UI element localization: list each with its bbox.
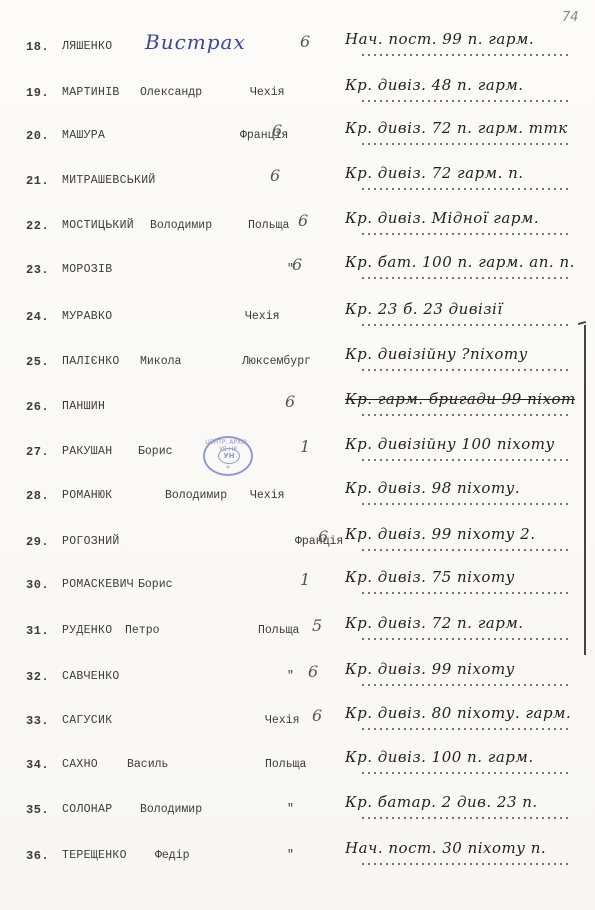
entry-surname: МОРОЗІВ bbox=[62, 263, 112, 276]
entry-number: 33. bbox=[26, 714, 49, 728]
entry-given-name: Володимир bbox=[150, 219, 212, 232]
handwritten-mark: 6 bbox=[270, 166, 280, 185]
entry-country: " bbox=[287, 670, 294, 683]
handwritten-note: Кр. гарм. бригади 99 піхоту bbox=[345, 390, 575, 408]
entry-given-name: Петро bbox=[125, 624, 160, 637]
entry-country: Польща bbox=[258, 624, 299, 637]
handwritten-note: Кр. дивіз. 99 піхоту 2. bbox=[345, 525, 575, 543]
handwritten-note: Кр. дивіз. 80 піхоту. гарм. bbox=[345, 704, 575, 722]
margin-bracket-line bbox=[584, 325, 586, 655]
handwritten-mark: 6 bbox=[292, 255, 302, 274]
entry-country: Чехія bbox=[265, 714, 300, 727]
entry-row: 23.МОРОЗІВ"6Кр. бат. 100 п. гарм. ап. п.… bbox=[0, 263, 595, 303]
handwritten-note: Кр. дивіз. 98 піхоту. bbox=[345, 479, 575, 497]
handwritten-mark: 1 bbox=[300, 570, 310, 589]
entry-given-name: Олександр bbox=[140, 86, 202, 99]
star-icon: * bbox=[205, 464, 251, 473]
dotted-line bbox=[360, 863, 572, 865]
entry-surname: МАШУРА bbox=[62, 129, 105, 142]
entry-row: 31.РУДЕНКОПетроПольща5Кр. дивіз. 72 п. г… bbox=[0, 624, 595, 664]
dotted-line bbox=[360, 728, 572, 730]
handwritten-mark: 6 bbox=[308, 662, 318, 681]
entry-number: 31. bbox=[26, 624, 49, 638]
dotted-line bbox=[360, 277, 572, 279]
handwritten-note: Кр. дивіз. 75 піхоту bbox=[345, 568, 575, 586]
handwritten-note: Кр. дивізійну ?піхоту bbox=[345, 345, 575, 363]
entry-country: Польща bbox=[265, 758, 306, 771]
entry-country: Чехія bbox=[245, 310, 280, 323]
handwritten-mark: 5 bbox=[312, 616, 322, 635]
entry-surname: ПАНШИН bbox=[62, 400, 105, 413]
entry-surname: СОЛОНАР bbox=[62, 803, 112, 816]
entry-number: 18. bbox=[26, 40, 49, 54]
handwritten-mark: 6 bbox=[298, 211, 308, 230]
entry-number: 27. bbox=[26, 445, 49, 459]
handwritten-note: Кр. дивіз. 48 п. гарм. bbox=[345, 76, 575, 94]
handwritten-mark: 6 bbox=[285, 392, 295, 411]
handwritten-note: Кр. 23 б. 23 дивізії bbox=[345, 300, 575, 318]
entry-number: 36. bbox=[26, 849, 49, 863]
handwritten-mark: 1 bbox=[300, 437, 310, 456]
handwritten-mark: 6 bbox=[300, 32, 310, 51]
entry-surname: МАРТИНІВ bbox=[62, 86, 120, 99]
handwritten-mark: 6 bbox=[318, 527, 328, 546]
entry-number: 19. bbox=[26, 86, 49, 100]
entry-number: 35. bbox=[26, 803, 49, 817]
entry-row: 24.МУРАВКОЧехіяКр. 23 б. 23 дивізії bbox=[0, 310, 595, 350]
dotted-line bbox=[360, 772, 572, 774]
entry-row: 26.ПАНШИН6Кр. гарм. бригади 99 піхоту bbox=[0, 400, 595, 440]
handwritten-note: Кр. батар. 2 див. 23 п. bbox=[345, 793, 575, 811]
entry-surname: ЛЯШЕНКО bbox=[62, 40, 112, 53]
entry-surname: РУДЕНКО bbox=[62, 624, 112, 637]
archive-stamp: ЦЕНТР. АРХІВ · УВ·НР УН * bbox=[203, 436, 253, 476]
entry-row: 35.СОЛОНАРВолодимир"Кр. батар. 2 див. 23… bbox=[0, 803, 595, 843]
entry-surname: МИТРАШЕВСЬКИЙ bbox=[62, 174, 156, 187]
entry-number: 26. bbox=[26, 400, 49, 414]
dotted-line bbox=[360, 100, 572, 102]
entry-given-name: Федір bbox=[155, 849, 190, 862]
entry-country: Люксембург bbox=[242, 355, 311, 368]
dotted-line bbox=[360, 188, 572, 190]
entry-given-name: Володимир bbox=[140, 803, 202, 816]
handwritten-note: Кр. бат. 100 п. гарм. ап. п. бат. bbox=[345, 253, 575, 271]
entry-number: 24. bbox=[26, 310, 49, 324]
entry-number: 28. bbox=[26, 489, 49, 503]
stamp-emblem: УН bbox=[218, 448, 240, 464]
handwritten-mark: 6 bbox=[312, 706, 322, 725]
entry-row: 30.РОМАСКЕВИЧБорис1Кр. дивіз. 75 піхоту bbox=[0, 578, 595, 618]
entry-surname: МОСТИЦЬКИЙ bbox=[62, 219, 134, 232]
handwritten-note: Нач. пост. 30 піхоту п. bbox=[345, 839, 575, 857]
dotted-line bbox=[360, 143, 572, 145]
dotted-line bbox=[360, 414, 572, 416]
entry-surname: МУРАВКО bbox=[62, 310, 112, 323]
dotted-line bbox=[360, 638, 572, 640]
archival-document-page: 74 Вистрах 18.ЛЯШЕНКО6Нач. пост. 99 п. г… bbox=[0, 0, 595, 910]
entry-surname: ПАЛІЄНКО bbox=[62, 355, 120, 368]
handwritten-note: Кр. дивіз. 72 п. гарм. ттк bbox=[345, 119, 575, 137]
entry-country: " bbox=[287, 849, 294, 862]
entry-surname: САВЧЕНКО bbox=[62, 670, 120, 683]
handwritten-note: Кр. дивіз. 72 гарм. п. bbox=[345, 164, 575, 182]
entry-given-name: Володимир bbox=[165, 489, 227, 502]
entry-row: 36.ТЕРЕЩЕНКОФедір"Нач. пост. 30 піхоту п… bbox=[0, 849, 595, 889]
dotted-line bbox=[360, 592, 572, 594]
dotted-line bbox=[360, 503, 572, 505]
entry-given-name: Борис bbox=[138, 578, 173, 591]
entry-row: 18.ЛЯШЕНКО6Нач. пост. 99 п. гарм. bbox=[0, 40, 595, 80]
entry-number: 22. bbox=[26, 219, 49, 233]
entry-surname: РОМАСКЕВИЧ bbox=[62, 578, 134, 591]
entry-surname: РАКУШАН bbox=[62, 445, 112, 458]
entry-country: Польща bbox=[248, 219, 289, 232]
entry-given-name: Василь bbox=[127, 758, 168, 771]
entry-surname: РОМАНЮК bbox=[62, 489, 112, 502]
entry-number: 20. bbox=[26, 129, 49, 143]
entry-row: 20.МАШУРАФранція6Кр. дивіз. 72 п. гарм. … bbox=[0, 129, 595, 169]
entry-row: 28.РОМАНЮКВолодимирЧехіяКр. дивіз. 98 пі… bbox=[0, 489, 595, 529]
entry-number: 25. bbox=[26, 355, 49, 369]
handwritten-note: Кр. дивіз. Мідної гарм. bbox=[345, 209, 575, 227]
dotted-line bbox=[360, 549, 572, 551]
entry-number: 23. bbox=[26, 263, 49, 277]
dotted-line bbox=[360, 233, 572, 235]
entry-number: 30. bbox=[26, 578, 49, 592]
handwritten-note: Кр. дивізійну 100 піхоту bbox=[345, 435, 575, 453]
entry-number: 32. bbox=[26, 670, 49, 684]
entry-country: " bbox=[287, 803, 294, 816]
entry-number: 21. bbox=[26, 174, 49, 188]
entry-row: 25.ПАЛІЄНКОМиколаЛюксембургКр. дивізійну… bbox=[0, 355, 595, 395]
handwritten-note: Кр. дивіз. 99 піхоту bbox=[345, 660, 575, 678]
handwritten-note: Кр. дивіз. 72 п. гарм. bbox=[345, 614, 575, 632]
entry-country: Чехія bbox=[250, 86, 285, 99]
entry-country: Чехія bbox=[250, 489, 285, 502]
dotted-line bbox=[360, 54, 572, 56]
handwritten-note: Кр. дивіз. 100 п. гарм. bbox=[345, 748, 575, 766]
entry-number: 34. bbox=[26, 758, 49, 772]
dotted-line bbox=[360, 817, 572, 819]
entry-given-name: Микола bbox=[140, 355, 181, 368]
handwritten-mark: 6 bbox=[272, 121, 282, 140]
entry-row: 21.МИТРАШЕВСЬКИЙ6Кр. дивіз. 72 гарм. п. bbox=[0, 174, 595, 214]
dotted-line bbox=[360, 369, 572, 371]
dotted-line bbox=[360, 684, 572, 686]
page-number: 74 bbox=[562, 10, 579, 25]
entry-surname: РОГОЗНИЙ bbox=[62, 535, 120, 548]
dotted-line bbox=[360, 459, 572, 461]
entry-number: 29. bbox=[26, 535, 49, 549]
entry-surname: ТЕРЕЩЕНКО bbox=[62, 849, 127, 862]
entry-given-name: Борис bbox=[138, 445, 173, 458]
dotted-line bbox=[360, 324, 572, 326]
entry-surname: САГУСИК bbox=[62, 714, 112, 727]
entry-row: 34.САХНОВасильПольщаКр. дивіз. 100 п. га… bbox=[0, 758, 595, 798]
handwritten-note: Нач. пост. 99 п. гарм. bbox=[345, 30, 575, 48]
entry-surname: САХНО bbox=[62, 758, 98, 771]
